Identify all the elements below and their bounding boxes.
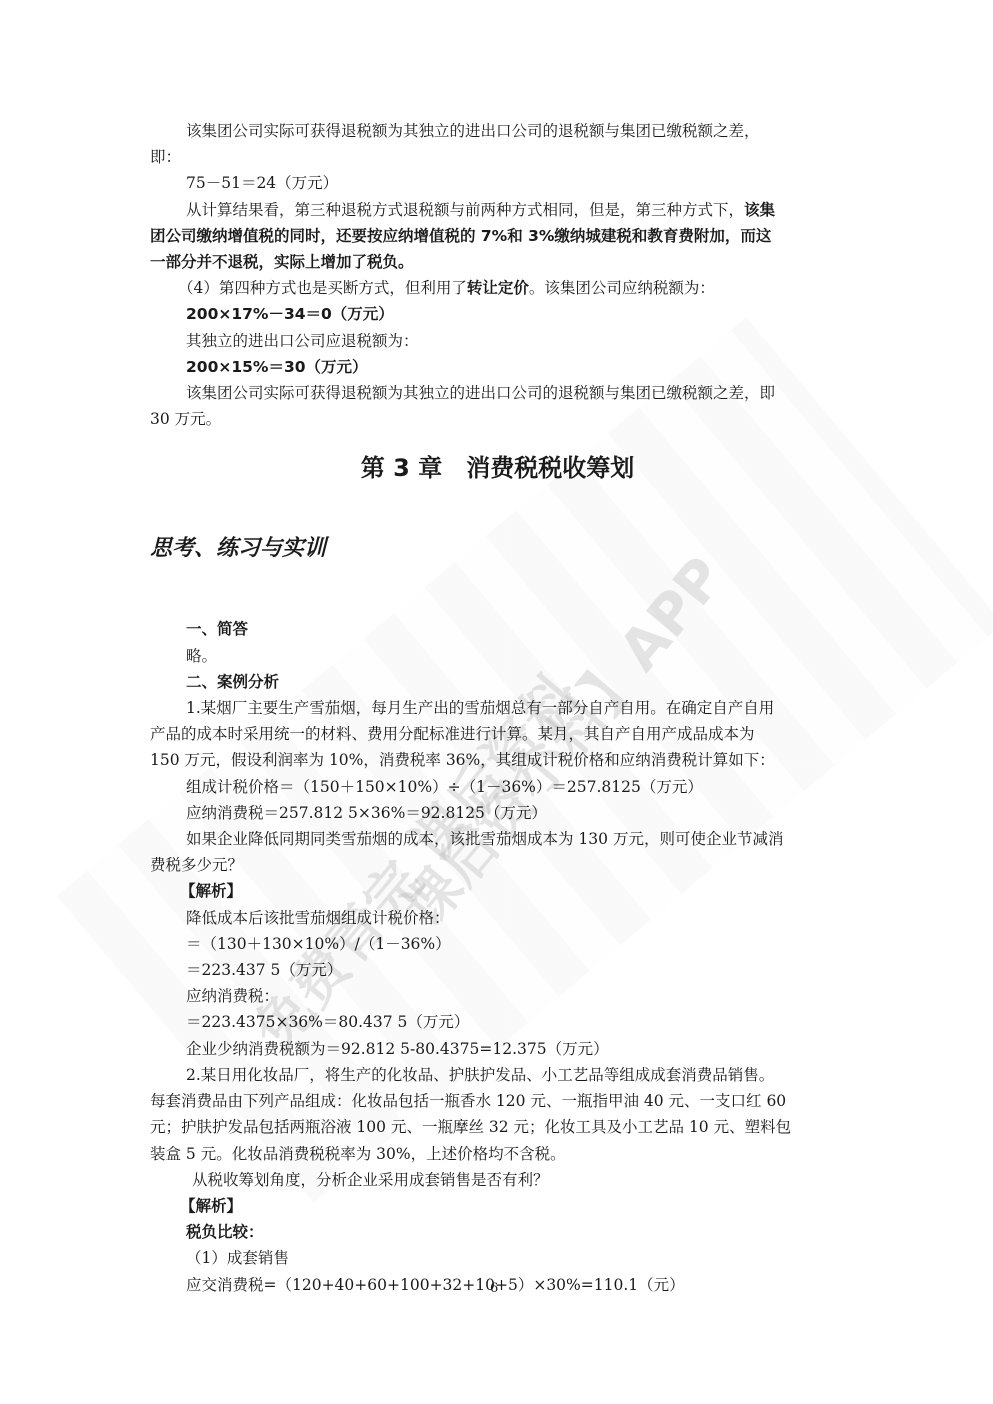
paragraph: 从税收筹划角度，分析企业采用成套销售是否有利？ [150, 1167, 845, 1193]
formula: ＝223.4375×36%＝80.437 5（万元） [150, 1009, 845, 1035]
paragraph: 应纳消费税： [150, 983, 845, 1009]
formula: 200×17%－34＝0（万元） [150, 301, 845, 327]
paragraph: 30 万元。 [150, 406, 845, 432]
paragraph: 费税多少元？ [150, 852, 845, 878]
paragraph: 该集团公司实际可获得退税额为其独立的进出口公司的退税额与集团已缴税额之差，即 [150, 380, 845, 406]
formula: 组成计税价格＝（150＋150×10%）÷（1－36%）＝257.8125（万元… [150, 774, 845, 800]
spacer [150, 568, 845, 616]
formula: ＝（130＋130×10%）/（1－36%） [150, 931, 845, 957]
paragraph: 降低成本后该批雪茄烟组成计税价格： [150, 905, 845, 931]
paragraph: （1）成套销售 [150, 1245, 845, 1271]
paragraph: 元；护肤护发品包括两瓶浴液 100 元、一瓶摩丝 32 元；化妆工具及小工艺品 … [150, 1114, 845, 1140]
bold-text: 该集 [744, 201, 775, 219]
paragraph: 即： [150, 144, 845, 170]
subheading: 税负比较： [150, 1219, 845, 1245]
paragraph: （4）第四种方式也是买断方式，但利用了转让定价。该集团公司应纳税额为： [150, 275, 845, 301]
formula: ＝223.437 5（万元） [150, 957, 845, 983]
bold-text: 转让定价 [467, 279, 529, 297]
paragraph: 略。 [150, 643, 845, 669]
formula: 应纳消费税＝257.812 5×36%＝92.8125（万元） [150, 800, 845, 826]
text: 从计算结果看，第三种退税方式退税额与前两种方式相同，但是，第三种方式下， [186, 201, 744, 219]
analysis-label: 【解析】 [150, 1193, 845, 1219]
paragraph: 装盒 5 元。化妆品消费税税率为 30%，上述价格均不含税。 [150, 1141, 845, 1167]
bold-paragraph: 一部分并不退税，实际上增加了税负。 [150, 249, 845, 275]
formula: 企业少纳消费税额为＝92.812 5-80.4375=12.375（万元） [150, 1036, 845, 1062]
paragraph: 产品的成本时采用统一的材料、费用分配标准进行计算。某月，其自产自用产成品成本为 [150, 721, 845, 747]
heading-short-answer: 一、简答 [150, 616, 845, 642]
section-title: 思考、练习与实训 [150, 528, 845, 568]
heading-case-analysis: 二、案例分析 [150, 669, 845, 695]
chapter-title: 第 3 章 消费税税收筹划 [150, 448, 845, 488]
paragraph: 2.某日用化妆品厂，将生产的化妆品、护肤护发品、小工艺品等组成成套消费品销售。 [150, 1062, 845, 1088]
document-page: 该集团公司实际可获得退税额为其独立的进出口公司的退税额与集团已缴税额之差， 即：… [150, 118, 845, 1298]
paragraph: 如果企业降低同期同类雪茄烟的成本，该批雪茄烟成本为 130 万元，则可使企业节减… [150, 826, 845, 852]
text: 。该集团公司应纳税额为： [529, 279, 715, 297]
bold-paragraph: 团公司缴纳增值税的同时，还要按应纳增值税的 7%和 3%缴纳城建税和教育费附加，… [150, 223, 845, 249]
paragraph: 每套消费品由下列产品组成：化妆品包括一瓶香水 120 元、一瓶指甲油 40 元、… [150, 1088, 845, 1114]
formula: 200×15%＝30（万元） [150, 354, 845, 380]
paragraph: 从计算结果看，第三种退税方式退税额与前两种方式相同，但是，第三种方式下，该集 [150, 197, 845, 223]
text: （4）第四种方式也是买断方式，但利用了 [178, 279, 467, 297]
page-number: 6 [490, 1281, 498, 1296]
paragraph: 1.某烟厂主要生产雪茄烟，每月生产出的雪茄烟总有一部分自产自用。在确定自产自用 [150, 695, 845, 721]
analysis-label: 【解析】 [150, 878, 845, 904]
paragraph: 该集团公司实际可获得退税额为其独立的进出口公司的退税额与集团已缴税额之差， [150, 118, 845, 144]
formula: 75－51＝24（万元） [150, 170, 845, 196]
paragraph: 150 万元，假设利润率为 10%，消费税率 36%，其组成计税价格和应纳消费税… [150, 747, 845, 773]
paragraph: 其独立的进出口公司应退税额为： [150, 328, 845, 354]
